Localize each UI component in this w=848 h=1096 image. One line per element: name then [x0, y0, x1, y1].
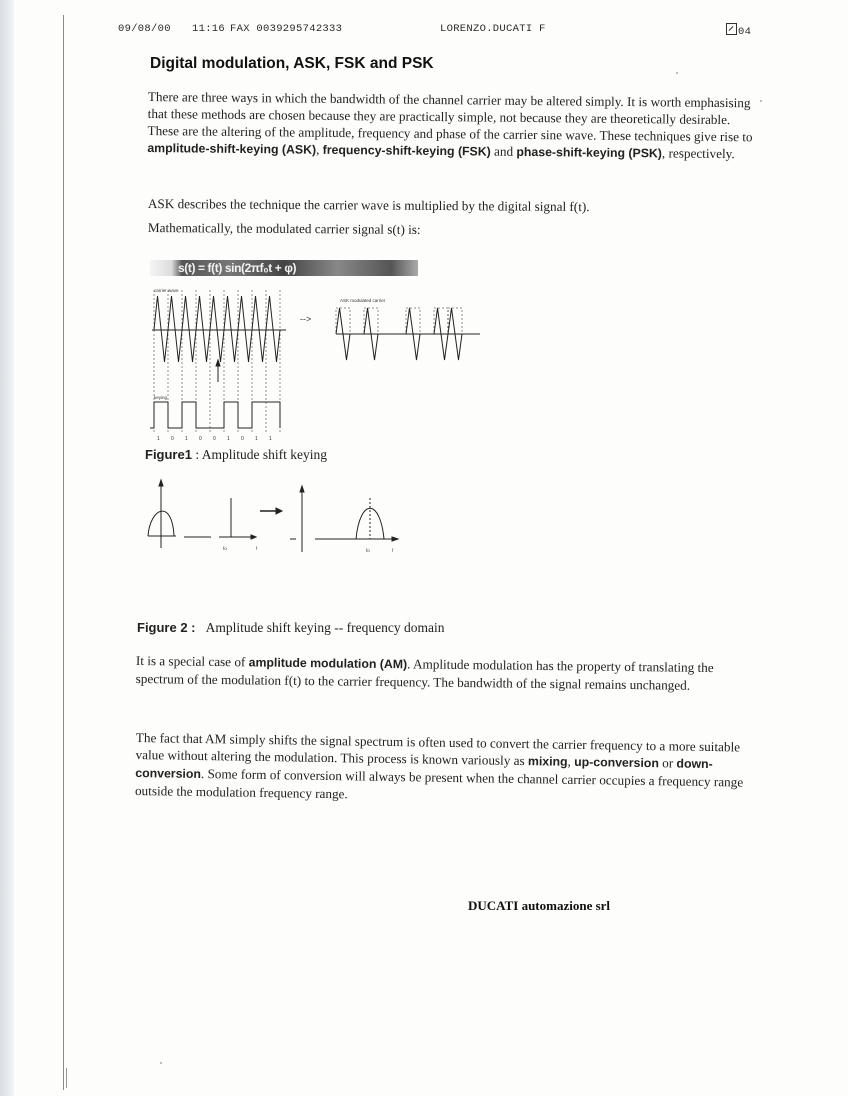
fax-sender: LORENZO.DUCATI F — [440, 23, 546, 35]
figure1-caption: Figure1 : Amplitude shift keying — [145, 447, 327, 463]
ask-formula: s(t) = f(t) sin(2πf₀t + φ) — [150, 260, 418, 276]
svg-text:0: 0 — [171, 436, 174, 442]
svg-text:1: 1 — [255, 436, 258, 442]
axis-label-right: f — [392, 548, 394, 553]
scan-speck — [760, 100, 762, 102]
freq-label-right: fo — [366, 548, 370, 553]
company-footer: DUCATI automazione srl — [468, 898, 610, 914]
figure1-ask-diagram: carrier wave ASK modulated carrier keyin… — [140, 282, 480, 442]
svg-text:0: 0 — [199, 436, 202, 442]
fax-date: 09/08/00 — [118, 23, 178, 35]
fax-page-icon — [726, 23, 737, 35]
keying-label: keying — [154, 395, 168, 400]
math-intro: Mathematically, the modulated carrier si… — [148, 219, 708, 240]
scan-mark — [66, 1068, 67, 1088]
svg-text:1: 1 — [269, 436, 272, 442]
page-number: 04 — [738, 26, 751, 38]
scan-speck — [676, 72, 678, 74]
document-title: Digital modulation, ASK, FSK and PSK — [150, 55, 434, 73]
freq-label-left: fo — [223, 546, 227, 551]
carrier-wave-label: carrier wave — [154, 288, 179, 293]
fax-time: 11:16 — [192, 23, 225, 35]
svg-text:1: 1 — [157, 436, 160, 442]
axis-label-left: f — [256, 546, 258, 551]
ask-description: ASK describes the technique the carrier … — [148, 195, 708, 216]
intro-paragraph: There are three ways in which the bandwi… — [147, 88, 760, 163]
svg-text:0: 0 — [213, 436, 216, 442]
am-paragraph: It is a special case of amplitude modula… — [136, 652, 736, 694]
scan-speck — [160, 1062, 162, 1064]
conversion-paragraph: The fact that AM simply shifts the signa… — [135, 729, 748, 809]
fax-page: 04 — [726, 23, 751, 38]
fax-number: FAX 0039295742333 — [230, 23, 342, 35]
transform-arrow: --> — [300, 314, 311, 324]
svg-text:0: 0 — [241, 436, 244, 442]
svg-text:1: 1 — [227, 436, 230, 442]
svg-text:1: 1 — [185, 436, 188, 442]
figure2-caption: Figure 2 : Amplitude shift keying -- fre… — [137, 620, 444, 636]
page-margin-line — [63, 15, 64, 1090]
ask-modulated-label: ASK modulated carrier — [340, 298, 386, 303]
scanner-edge — [0, 0, 14, 1096]
figure2-frequency-diagram: fo f fo f — [140, 468, 420, 563]
